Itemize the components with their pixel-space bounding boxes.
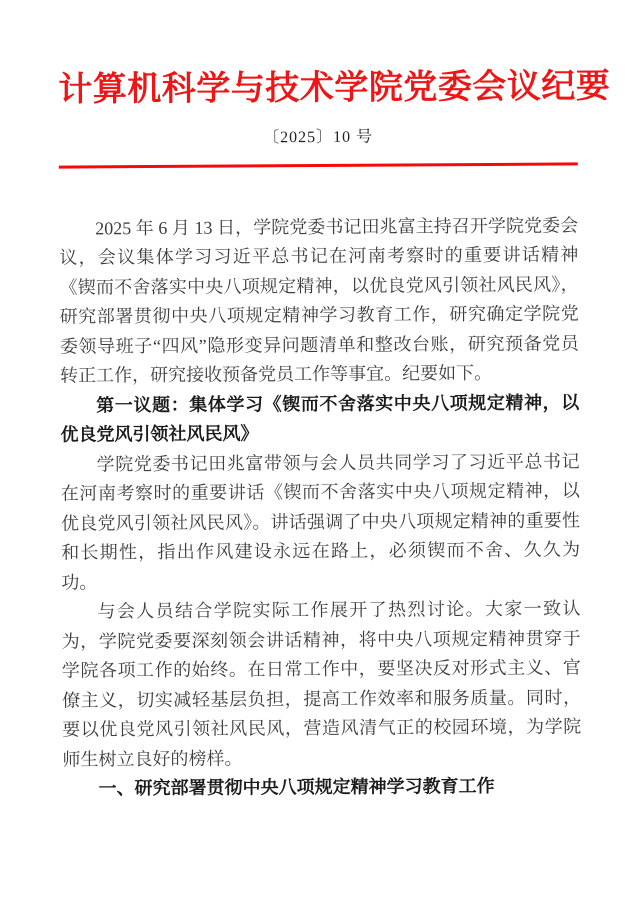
document-body: 2025 年 6 月 13 日，学院党委书记田兆富主持召开学院党委会议，会议集体… — [59, 211, 582, 804]
red-divider-line — [59, 162, 578, 168]
document-title: 计算机科学与技术学院党委会议纪要 — [58, 66, 577, 112]
section-heading: 一、研究部署贯彻中央八项规定精神学习教育工作 — [63, 771, 582, 804]
body-paragraph: 与会人员结合学院实际工作展开了热烈讨论。大家一致认为，学院党委要深刻领会讲话精神… — [61, 594, 581, 774]
body-paragraph: 学院党委书记田兆富带领与会人员共同学习了习近平总书记在河南考察时的重要讲话《锲而… — [61, 447, 581, 598]
document-number: 〔2025〕10 号 — [59, 122, 578, 148]
section-heading: 第一议题：集体学习《锲而不舍落实中央八项规定精神，以优良党风引领社风民风》 — [60, 388, 579, 450]
body-paragraph: 2025 年 6 月 13 日，学院党委书记田兆富主持召开学院党委会议，会议集体… — [59, 211, 579, 391]
document-page: 计算机科学与技术学院党委会议纪要 〔2025〕10 号 2025 年 6 月 1… — [0, 0, 639, 905]
